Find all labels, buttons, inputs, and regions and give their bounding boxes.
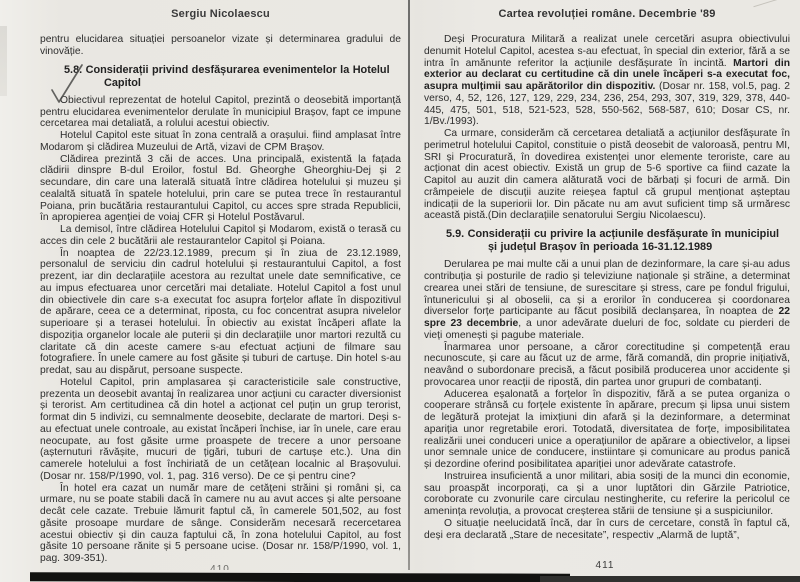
paragraph: pentru elucidarea situației persoanelor … xyxy=(40,34,401,58)
left-page: Sergiu Nicolaescu pentru elucidarea situ… xyxy=(40,6,401,565)
left-page-body: pentru elucidarea situației persoanelor … xyxy=(40,34,401,565)
paragraph: Instruirea insuficientă a unor militari,… xyxy=(424,471,790,518)
section-heading: 5.8. Considerații privind desfășurarea e… xyxy=(40,64,401,90)
page-gutter-line xyxy=(408,0,410,570)
paragraph: Înarmarea unor persoane, a căror corecti… xyxy=(424,342,790,389)
paragraph: În hotel era cazat un număr mare de cetă… xyxy=(40,483,401,565)
left-page-number: 410 xyxy=(175,564,265,570)
scanned-book-spread: Sergiu Nicolaescu pentru elucidarea situ… xyxy=(0,0,800,582)
scan-artifact-edge-smudge xyxy=(0,26,7,96)
handwritten-checkmark-annotation xyxy=(44,62,88,110)
paragraph: Clădirea prezintă 3 căi de acces. Una pr… xyxy=(40,154,401,225)
paragraph: Ca urmare, considerăm că cercetarea deta… xyxy=(424,128,790,222)
paragraph: Hotelul Capitol, prin amplasarea și cara… xyxy=(40,377,401,483)
paragraph: În noaptea de 22/23.12.1989, precum și î… xyxy=(40,248,401,377)
paragraph: Hotelul Capitol este situat în zona cent… xyxy=(40,130,401,154)
section-heading: 5.9. Considerații cu privire la acțiunil… xyxy=(424,228,790,254)
right-page-body: Deși Procuratura Militară a realizat une… xyxy=(424,34,790,541)
paragraph: Derularea pe mai multe căi a unui plan d… xyxy=(424,259,790,341)
left-running-header: Sergiu Nicolaescu xyxy=(40,8,401,20)
right-running-header: Cartea revoluției române. Decembrie '89 xyxy=(424,8,790,20)
scan-artifact-bottom-band xyxy=(30,572,570,582)
paragraph: Deși Procuratura Militară a realizat une… xyxy=(424,34,790,128)
paragraph: O situație neelucidată încă, dar în curs… xyxy=(424,518,790,542)
paragraph: La demisol, între clădirea Hotelului Cap… xyxy=(40,224,401,248)
paragraph: Obiectivul reprezentat de hotelul Capito… xyxy=(40,95,401,130)
paragraph: Aducerea eșalonată a forțelor în dispozi… xyxy=(424,389,790,471)
scan-artifact-bottom-band-right xyxy=(540,576,800,582)
right-page-number: 411 xyxy=(560,560,650,571)
right-page: Cartea revoluției române. Decembrie '89 … xyxy=(424,6,790,541)
